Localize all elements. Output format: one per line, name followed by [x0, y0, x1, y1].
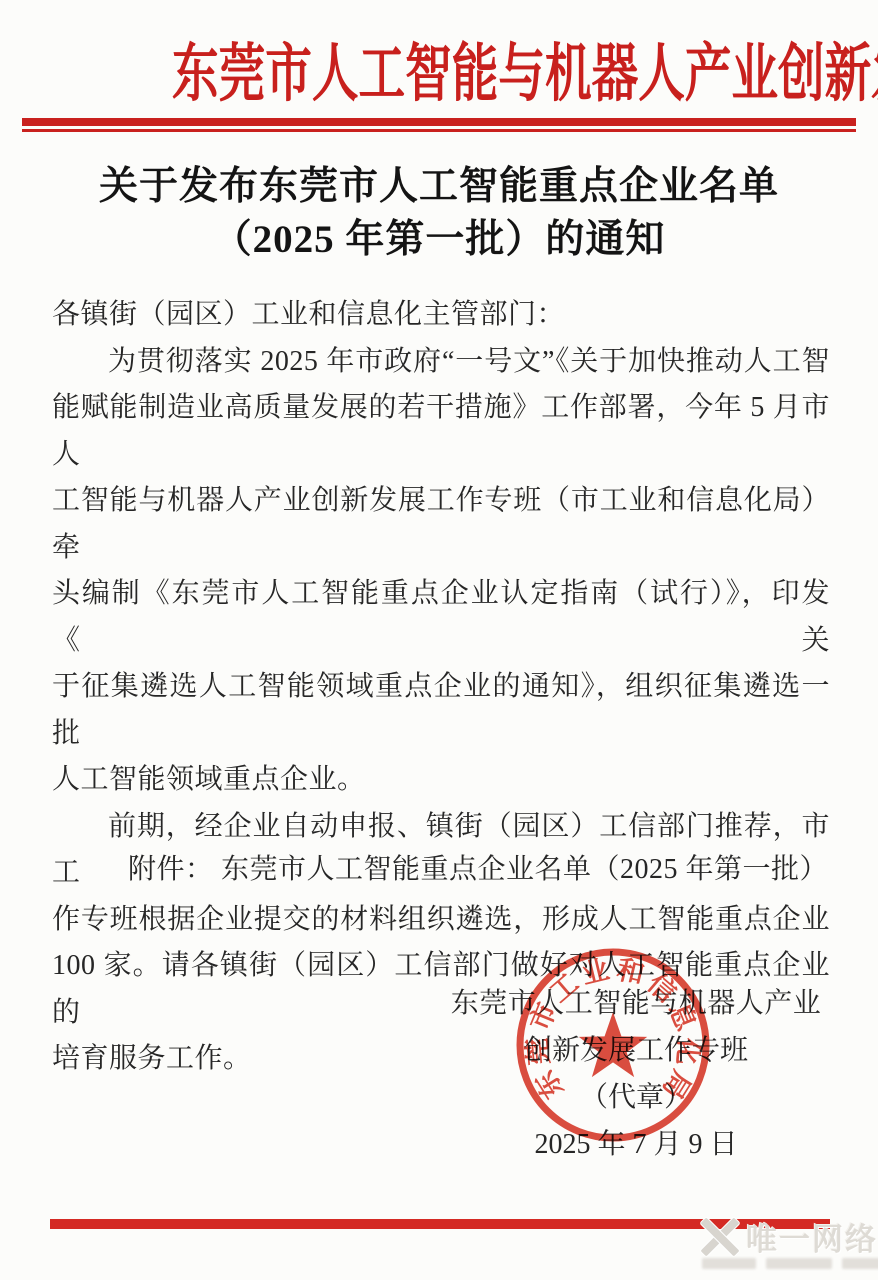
body-text-line: 人工智能领域重点企业。	[52, 757, 830, 804]
letterhead-rule-thick	[22, 118, 856, 126]
watermark-subtext-block	[702, 1258, 756, 1269]
signature-block: 东莞市人工智能与机器人产业 创新发展工作专班 （代章） 2025 年 7 月 9…	[450, 980, 822, 1168]
weiyi-network-logo-icon	[700, 1217, 740, 1257]
watermark-brand-text: 唯一网络	[746, 1214, 878, 1259]
attachment-line: 附件： 东莞市人工智能重点企业名单（2025 年第一批）	[128, 850, 848, 890]
signature-daizhang: （代章）	[450, 1074, 822, 1121]
signature-org-line1: 东莞市人工智能与机器人产业	[450, 980, 822, 1027]
watermark-subtext-blur	[702, 1258, 878, 1269]
body-text-line: 为贯彻落实 2025 年市政府“一号文”《关于加快推动人工智	[52, 339, 830, 386]
body-text-line: 作专班根据企业提交的材料组织遴选，形成人工智能重点企业	[52, 897, 830, 944]
document-body: 各镇街（园区）工业和信息化主管部门： 为贯彻落实 2025 年市政府“一号文”《…	[52, 292, 830, 1083]
document-title-line2: （2025 年第一批）的通知	[0, 213, 878, 266]
watermark: 唯一网络	[700, 1214, 878, 1259]
watermark-subtext-block	[766, 1258, 832, 1269]
signature-org-line2: 创新发展工作专班	[450, 1027, 822, 1074]
letterhead-org-title: 东莞市人工智能与机器人产业创新发展工作专班	[0, 36, 878, 112]
body-text-line: 头编制《东莞市人工智能重点企业认定指南（试行）》，印发《关	[52, 571, 830, 664]
document-page: 东莞市人工智能与机器人产业创新发展工作专班 关于发布东莞市人工智能重点企业名单 …	[0, 0, 878, 1280]
body-text-line: 于征集遴选人工智能领域重点企业的通知》，组织征集遴选一批	[52, 664, 830, 757]
body-text-line: 能赋能制造业高质量发展的若干措施》工作部署，今年 5 月市人	[52, 385, 830, 478]
body-salutation: 各镇街（园区）工业和信息化主管部门：	[52, 292, 830, 339]
letterhead-rule-thin	[22, 129, 856, 132]
letterhead-org-title-text: 东莞市人工智能与机器人产业创新发展工作专班	[172, 36, 878, 112]
document-title-line1: 关于发布东莞市人工智能重点企业名单	[0, 160, 878, 213]
watermark-subtext-block	[842, 1258, 878, 1269]
document-title: 关于发布东莞市人工智能重点企业名单 （2025 年第一批）的通知	[0, 160, 878, 266]
body-text-line: 工智能与机器人产业创新发展工作专班（市工业和信息化局）牵	[52, 478, 830, 571]
signature-date: 2025 年 7 月 9 日	[450, 1121, 822, 1168]
